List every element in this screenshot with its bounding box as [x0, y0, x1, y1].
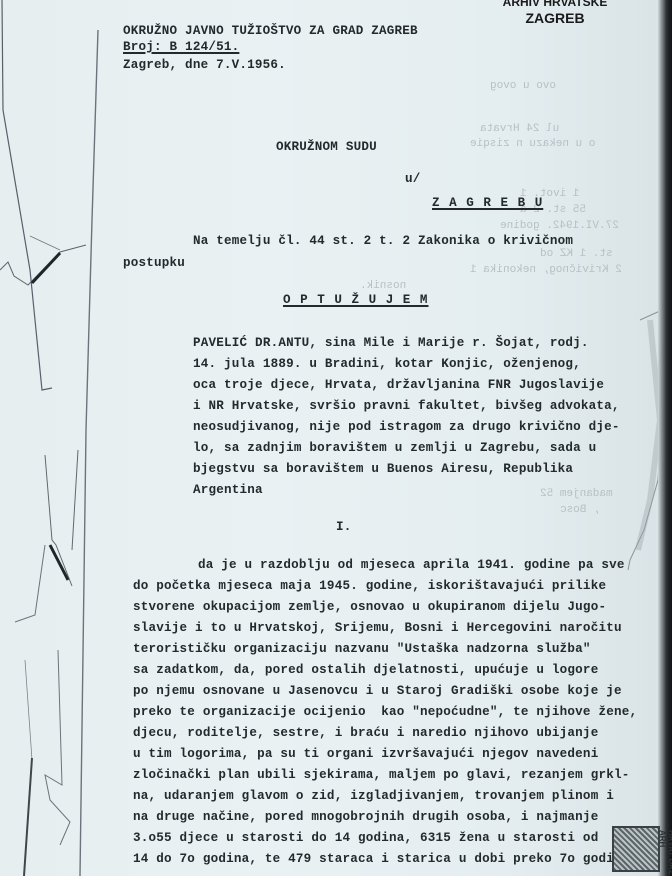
charge-line: stvorene okupacijom zemlje, osnovao u ok…: [133, 600, 606, 614]
archive-barcode-stamp: [612, 826, 660, 872]
charge-line: po njemu osnovane u Jasenovcu i u Staroj…: [133, 684, 622, 698]
charge-line: djecu, roditelje, sestre, i braću i nare…: [133, 726, 598, 740]
charge-line: preko te organizacije ocijenio kao "nepo…: [133, 705, 637, 719]
archive-stamp-line2: ZAGREB: [500, 10, 610, 26]
bleed-through-text: ovo u ovog: [490, 80, 556, 92]
charge-line: na, udaranjem glavom o zid, izgladjivanj…: [133, 789, 614, 803]
bleed-through-text: 2 Krivičnog, nekonika 1: [470, 264, 622, 276]
charge-line: do početka mjeseca maja 1945. godine, is…: [133, 579, 606, 593]
charge-line: zločinački plan ubili sjekirama, maljem …: [133, 768, 629, 782]
charge-line: sa zadatkom, da, pored ostalih djelatnos…: [133, 663, 598, 677]
accused-line: 14. jula 1889. u Bradini, kotar Konjic, …: [193, 357, 581, 371]
addressee-city: Z A G R E B U: [432, 196, 543, 210]
indictment-heading: O P T U Ž U J E M: [283, 293, 428, 307]
charge-line: 3.o55 djece u starosti do 14 godina, 631…: [133, 831, 598, 845]
charge-line: 14 do 7o godina, te 479 staraca i staric…: [133, 852, 629, 866]
accused-line: oca troje djece, Hrvata, državljanina FN…: [193, 378, 604, 392]
charge-line: na druge načine, pored mnogobrojnih drug…: [133, 810, 598, 824]
bleed-through-text: st. 1 KZ od: [540, 248, 613, 260]
court-addressee: OKRUŽNOM SUDU: [276, 140, 377, 154]
charge-line: u tim logorima, pa su ti organi izvršava…: [133, 747, 598, 761]
bleed-through-text: nosnik.: [360, 280, 406, 292]
accused-line: lo, sa zadnjim boravištem u zemlji u Zag…: [193, 441, 596, 455]
charge-line: da je u razdoblju od mjeseca aprila 1941…: [198, 558, 625, 572]
addressee-preposition: u/: [405, 172, 421, 186]
place-date: Zagreb, dne 7.V.1956.: [123, 58, 286, 72]
scanned-document-page: ovo u ovog ul 24 Hrvata o u nekazu n zis…: [0, 0, 672, 876]
accused-line: Argentina: [193, 483, 263, 497]
accused-line: bjegstvu sa boravištem u Buenos Airesu, …: [193, 462, 573, 476]
charge-line: terorističku organizaciju nazvanu "Ustaš…: [133, 642, 591, 656]
bleed-through-text: , Bosc: [560, 504, 600, 516]
accused-line: neosudjivanog, nije pod istragom za drug…: [193, 420, 620, 434]
paper-crease-marks: [0, 0, 140, 876]
case-number: Broj: B 124/51.: [123, 40, 239, 54]
bleed-through-text: ul 24 Hrvata: [480, 123, 559, 135]
accused-line: PAVELIĆ DR.ANTU, sina Mile i Marije r. Š…: [193, 336, 589, 350]
page-edge-shadow: [658, 0, 672, 876]
section-number: I.: [336, 520, 352, 534]
bleed-through-text: o u nekazu n zisqie: [470, 138, 595, 150]
institution-name: OKRUŽNO JAVNO TUŽIOŠTVO ZA GRAD ZAGREB: [123, 24, 418, 38]
archive-stamp: ARHIV HRVATSKE ZAGREB: [500, 0, 610, 26]
accused-line: i NR Hrvatske, svršio pravni fakultet, b…: [193, 399, 620, 413]
archive-stamp-side-text: HRVAT DRŽ ARH: [658, 830, 672, 876]
bleed-through-text: 27.VI.1942. godine: [500, 220, 619, 232]
legal-basis-line1: Na temelju čl. 44 st. 2 t. 2 Zakonika o …: [193, 234, 573, 248]
charge-line: slavije i to u Hrvatskoj, Srijemu, Bosni…: [133, 621, 622, 635]
archive-stamp-line1: ARHIV HRVATSKE: [500, 0, 610, 10]
